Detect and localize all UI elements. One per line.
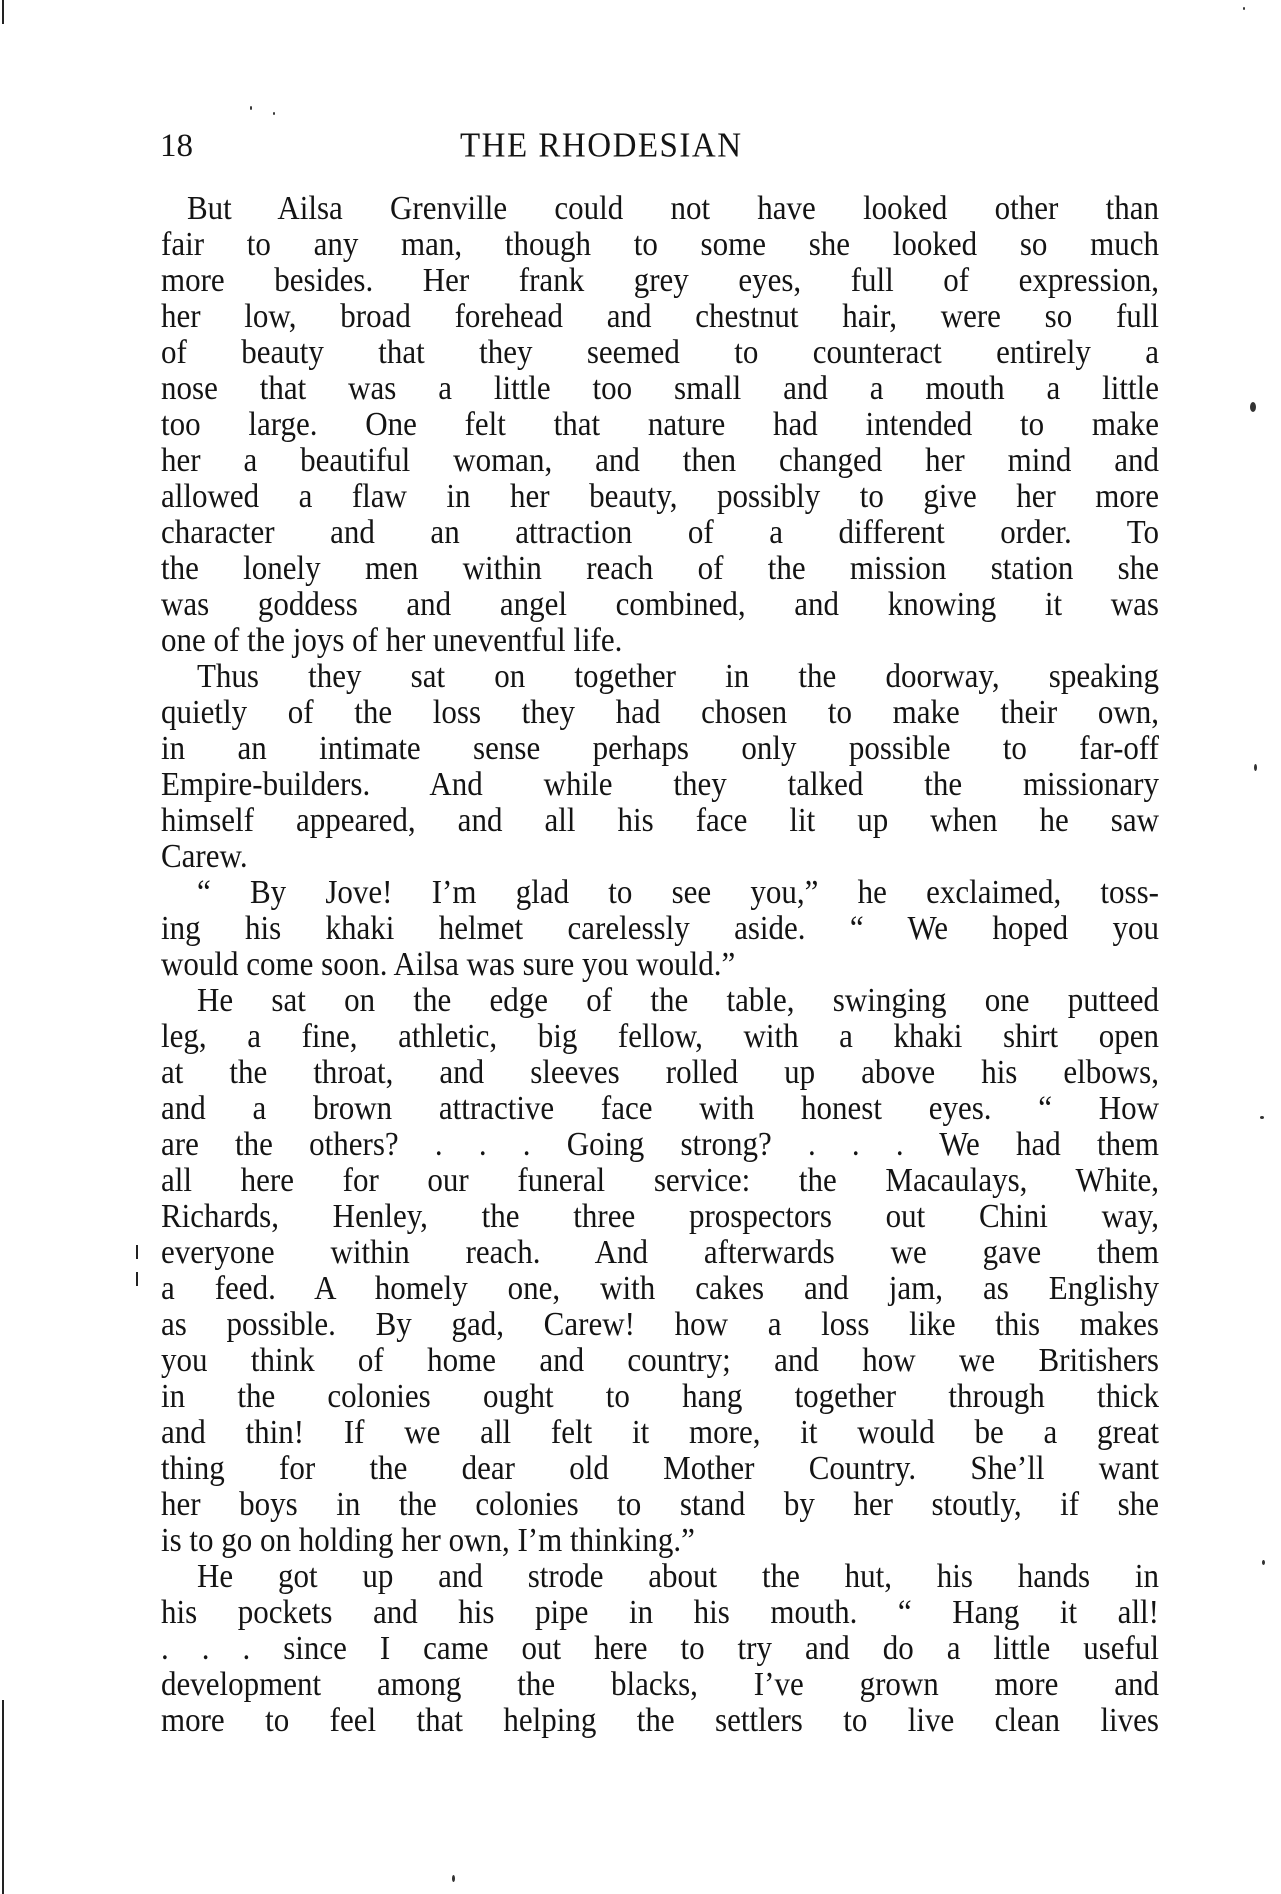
text-line: and a brown attractive face with honest … [161,1089,1159,1128]
scan-speck [273,112,275,115]
text-line: allowed a flaw in her beauty, possibly t… [161,477,1159,516]
text-line: He sat on the edge of the table, swingin… [161,981,1159,1020]
text-line: at the throat, and sleeves rolled up abo… [161,1053,1159,1092]
scan-edge-mark [2,0,4,24]
scan-edge-mark [136,1272,138,1286]
text-line: you think of home and country; and how w… [161,1341,1159,1380]
body-text: But Ailsa Grenville could not have looke… [161,190,1159,1738]
text-line: thing for the dear old Mother Country. S… [161,1449,1159,1488]
page-number: 18 [160,126,193,166]
scan-speck [1254,764,1257,771]
text-line: more to feel that helping the settlers t… [161,1701,1159,1740]
text-line: one of the joys of her uneventful life. [161,621,1159,660]
text-line: He got up and strode about the hut, his … [161,1557,1159,1596]
text-line: But Ailsa Grenville could not have looke… [161,189,1159,228]
text-line: nose that was a little too small and a m… [161,369,1159,408]
text-line: in an intimate sense perhaps only possib… [161,729,1159,768]
scan-speck [1250,402,1256,412]
book-page: 18 THE RHODESIAN But Ailsa Grenville cou… [0,0,1281,1894]
text-line: “ By Jove! I’m glad to see you,” he excl… [161,873,1159,912]
scan-speck [1262,1560,1265,1565]
text-line: himself appeared, and all his face lit u… [161,801,1159,840]
scan-edge-mark [2,1700,4,1894]
text-line: and thin! If we all felt it more, it wou… [161,1413,1159,1452]
scan-edge-mark [136,1245,138,1259]
text-line: Carew. [161,837,1159,876]
text-line: character and an attraction of a differe… [161,513,1159,552]
text-line: fair to any man, though to some she look… [161,225,1159,264]
scan-speck [250,106,252,110]
text-line: are the others? . . . Going strong? . . … [161,1125,1159,1164]
text-line: more besides. Her frank grey eyes, full … [161,261,1159,300]
scan-speck [1260,1116,1264,1119]
text-line: a feed. A homely one, with cakes and jam… [161,1269,1159,1308]
running-head: 18 THE RHODESIAN [160,126,900,166]
text-line: the lonely men within reach of the missi… [161,549,1159,588]
text-line: all here for our funeral service: the Ma… [161,1161,1159,1200]
text-line: her low, broad forehead and chestnut hai… [161,297,1159,336]
text-line: her boys in the colonies to stand by her… [161,1485,1159,1524]
scan-speck [452,1875,455,1882]
text-line: in the colonies ought to hang together t… [161,1377,1159,1416]
text-line: of beauty that they seemed to counteract… [161,333,1159,372]
text-line: as possible. By gad, Carew! how a loss l… [161,1305,1159,1344]
text-line: too large. One felt that nature had inte… [161,405,1159,444]
text-line: Richards, Henley, the three prospectors … [161,1197,1159,1236]
text-line: is to go on holding her own, I’m thinkin… [161,1521,1159,1560]
text-line: ing his khaki helmet carelessly aside. “… [161,909,1159,948]
text-line: Empire-builders. And while they talked t… [161,765,1159,804]
text-line: his pockets and his pipe in his mouth. “… [161,1593,1159,1632]
text-line: . . . since I came out here to try and d… [161,1629,1159,1668]
running-title: THE RHODESIAN [460,125,743,167]
scan-speck [1243,7,1245,10]
text-line: development among the blacks, I’ve grown… [161,1665,1159,1704]
text-line: was goddess and angel combined, and know… [161,585,1159,624]
text-line: her a beautiful woman, and then changed … [161,441,1159,480]
text-line: quietly of the loss they had chosen to m… [161,693,1159,732]
text-line: Thus they sat on together in the doorway… [161,657,1159,696]
text-line: everyone within reach. And afterwards we… [161,1233,1159,1272]
text-line: would come soon. Ailsa was sure you woul… [161,945,1159,984]
text-line: leg, a fine, athletic, big fellow, with … [161,1017,1159,1056]
